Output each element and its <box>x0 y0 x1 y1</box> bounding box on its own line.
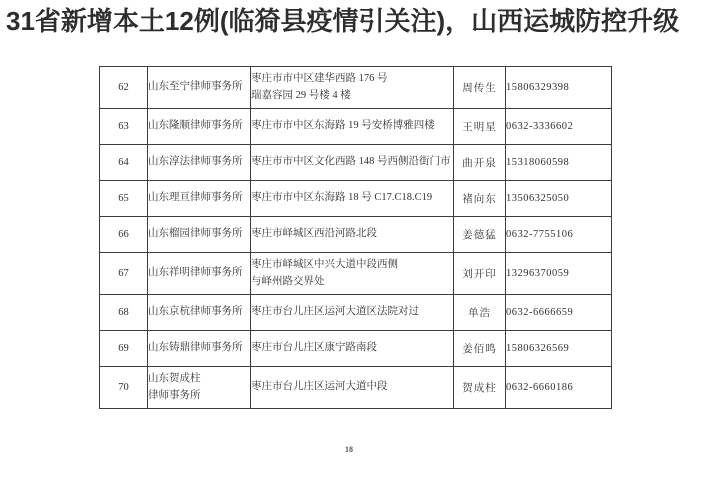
cell-firm-name: 山东京杭律师事务所 <box>148 295 251 331</box>
cell-phone-number: 15806326569 <box>506 331 612 367</box>
cell-phone-number: 15806329398 <box>506 67 612 109</box>
cell-contact-name: 姜德猛 <box>454 217 506 253</box>
law-firm-table: 62 山东至宁律师事务所 枣庄市市中区建华西路 176 号 瑞嘉容园 29 号楼… <box>99 66 611 409</box>
cell-phone-number: 0632-6660186 <box>506 367 612 409</box>
cell-firm-name: 山东理亘律师事务所 <box>148 181 251 217</box>
cell-phone-number: 13506325050 <box>506 181 612 217</box>
cell-address: 枣庄市台儿庄区运河大道中段 <box>251 367 454 409</box>
cell-phone-number: 0632-7755106 <box>506 217 612 253</box>
cell-firm-name: 山东贺成柱 律师事务所 <box>148 367 251 409</box>
cell-phone-number: 0632-3336602 <box>506 109 612 145</box>
cell-firm-name: 山东祥明律师事务所 <box>148 253 251 295</box>
table-row: 67 山东祥明律师事务所 枣庄市峄城区中兴大道中段西侧 与峄州路交界处 刘开印 … <box>100 253 612 295</box>
law-firm-table-grid: 62 山东至宁律师事务所 枣庄市市中区建华西路 176 号 瑞嘉容园 29 号楼… <box>99 66 612 409</box>
cell-row-number: 70 <box>100 367 148 409</box>
cell-contact-name: 单浩 <box>454 295 506 331</box>
table-row: 63 山东隆顺律师事务所 枣庄市市中区东海路 19 号安桥博雅四楼 王明星 06… <box>100 109 612 145</box>
cell-address: 枣庄市峄城区西沿河路北段 <box>251 217 454 253</box>
article-title: 31省新增本土12例(临猗县疫情引关注)，山西运城防控升级 <box>6 1 679 38</box>
cell-firm-name: 山东至宁律师事务所 <box>148 67 251 109</box>
table-row: 66 山东榴园律师事务所 枣庄市峄城区西沿河路北段 姜德猛 0632-77551… <box>100 217 612 253</box>
cell-contact-name: 王明星 <box>454 109 506 145</box>
table-row: 70 山东贺成柱 律师事务所 枣庄市台儿庄区运河大道中段 贺成柱 0632-66… <box>100 367 612 409</box>
cell-phone-number: 0632-6666659 <box>506 295 612 331</box>
cell-contact-name: 褚向东 <box>454 181 506 217</box>
cell-row-number: 66 <box>100 217 148 253</box>
cell-phone-number: 15318060598 <box>506 145 612 181</box>
cell-row-number: 68 <box>100 295 148 331</box>
cell-row-number: 62 <box>100 67 148 109</box>
cell-contact-name: 曲开泉 <box>454 145 506 181</box>
cell-address: 枣庄市台儿庄区运河大道区法院对过 <box>251 295 454 331</box>
cell-address: 枣庄市市中区东海路 19 号安桥博雅四楼 <box>251 109 454 145</box>
cell-address: 枣庄市市中区建华西路 176 号 瑞嘉容园 29 号楼 4 楼 <box>251 67 454 109</box>
cell-firm-name: 山东榴园律师事务所 <box>148 217 251 253</box>
cell-address: 枣庄市市中区文化西路 148 号西侧沿街门市 <box>251 145 454 181</box>
cell-phone-number: 13296370059 <box>506 253 612 295</box>
cell-row-number: 64 <box>100 145 148 181</box>
cell-contact-name: 周传生 <box>454 67 506 109</box>
cell-row-number: 69 <box>100 331 148 367</box>
article-page: 31省新增本土12例(临猗县疫情引关注)，山西运城防控升级 62 山东至宁律师事… <box>0 0 707 500</box>
cell-row-number: 63 <box>100 109 148 145</box>
cell-address: 枣庄市峄城区中兴大道中段西侧 与峄州路交界处 <box>251 253 454 295</box>
cell-contact-name: 贺成柱 <box>454 367 506 409</box>
cell-firm-name: 山东淳法律师事务所 <box>148 145 251 181</box>
table-row: 64 山东淳法律师事务所 枣庄市市中区文化西路 148 号西侧沿街门市 曲开泉 … <box>100 145 612 181</box>
cell-contact-name: 姜佰鸣 <box>454 331 506 367</box>
cell-row-number: 67 <box>100 253 148 295</box>
cell-address: 枣庄市台儿庄区康宁路南段 <box>251 331 454 367</box>
cell-firm-name: 山东隆顺律师事务所 <box>148 109 251 145</box>
table-row: 68 山东京杭律师事务所 枣庄市台儿庄区运河大道区法院对过 单浩 0632-66… <box>100 295 612 331</box>
table-row: 62 山东至宁律师事务所 枣庄市市中区建华西路 176 号 瑞嘉容园 29 号楼… <box>100 67 612 109</box>
cell-address: 枣庄市市中区东海路 18 号 C17.C18.C19 <box>251 181 454 217</box>
table-row: 65 山东理亘律师事务所 枣庄市市中区东海路 18 号 C17.C18.C19 … <box>100 181 612 217</box>
page-number: 18 <box>345 445 353 454</box>
table-row: 69 山东铸鼎律师事务所 枣庄市台儿庄区康宁路南段 姜佰鸣 1580632656… <box>100 331 612 367</box>
cell-firm-name: 山东铸鼎律师事务所 <box>148 331 251 367</box>
table-body: 62 山东至宁律师事务所 枣庄市市中区建华西路 176 号 瑞嘉容园 29 号楼… <box>100 67 612 409</box>
cell-contact-name: 刘开印 <box>454 253 506 295</box>
cell-row-number: 65 <box>100 181 148 217</box>
